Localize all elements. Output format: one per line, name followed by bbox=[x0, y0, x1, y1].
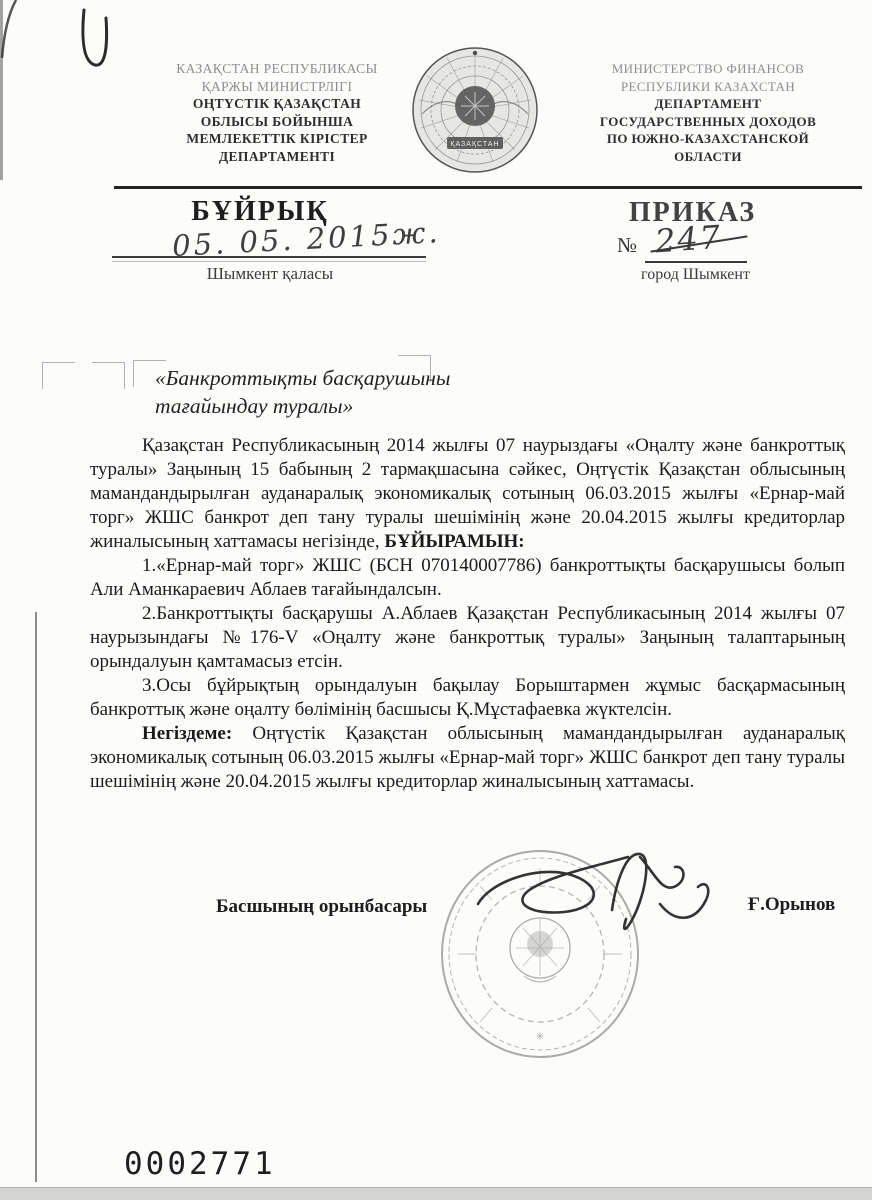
number-sign: № bbox=[617, 233, 637, 258]
org-line: ОҢТҮСТІК ҚАЗАҚСТАН bbox=[122, 95, 432, 113]
number-underline bbox=[645, 261, 747, 263]
order-subject: «Банкроттықты басқарушыны тағайындау тур… bbox=[155, 364, 575, 420]
city-label-kazakh: Шымкент қаласы bbox=[120, 264, 420, 284]
org-line: ДЕПАРТАМЕНТІ bbox=[122, 148, 432, 166]
paperclip-mark bbox=[74, 6, 118, 78]
org-line: МЕМЛЕКЕТТІК КІРІСТЕР bbox=[122, 130, 432, 148]
registration-mark bbox=[42, 362, 75, 389]
svg-text:ҚАЗАҚСТАН: ҚАЗАҚСТАН bbox=[450, 141, 499, 148]
date-underline bbox=[112, 256, 426, 258]
body-paragraph: Негіздеме: Оңтүстік Қазақстан облысының … bbox=[90, 722, 845, 794]
subject-line: «Банкроттықты басқарушыны bbox=[155, 364, 575, 392]
handwritten-order-number: 247 bbox=[654, 218, 724, 261]
handwritten-signature bbox=[462, 840, 732, 950]
page-edge-shadow-line bbox=[35, 612, 37, 1182]
org-line: КАЗАҚСТАН РЕСПУБЛИКАСЫ bbox=[122, 60, 432, 78]
org-line: ПО ЮЖНО-КАЗАХСТАНСКОЙ bbox=[552, 130, 864, 148]
subject-line: тағайындау туралы» bbox=[155, 392, 575, 420]
org-name-kazakh: КАЗАҚСТАН РЕСПУБЛИКАСЫ ҚАРЖЫ МИНИСТРЛІГІ… bbox=[122, 60, 432, 165]
order-body: Қазақстан Республикасының 2014 жылғы 07 … bbox=[90, 434, 845, 794]
page-corner-fold-mark bbox=[0, 0, 30, 80]
org-line: ДЕПАРТАМЕНТ bbox=[552, 95, 864, 113]
body-paragraph: 2.Банкроттықты басқарушы А.Аблаев Қазақс… bbox=[90, 602, 845, 674]
org-line: ОБЛЫСЫ БОЙЫНША bbox=[122, 113, 432, 131]
date-underline-shadow bbox=[112, 261, 426, 262]
signatory-name: Ғ.Орынов bbox=[748, 894, 835, 916]
org-line: ГОСУДАРСТВЕННЫХ ДОХОДОВ bbox=[552, 113, 864, 131]
signatory-position: Басшының орынбасары bbox=[216, 896, 427, 918]
registration-mark bbox=[92, 362, 125, 389]
form-number: 0002771 bbox=[124, 1146, 276, 1182]
org-name-russian: МИНИСТЕРСТВО ФИНАНСОВ РЕСПУБЛИКИ КАЗАХСТ… bbox=[552, 60, 864, 165]
org-line: ОБЛАСТИ bbox=[552, 148, 864, 166]
body-paragraph: Қазақстан Республикасының 2014 жылғы 07 … bbox=[90, 434, 845, 554]
org-line: РЕСПУБЛИКИ КАЗАХСТАН bbox=[552, 78, 864, 96]
kazakhstan-state-emblem: ҚАЗАҚСТАН bbox=[408, 44, 542, 178]
body-paragraph: 1.«Ернар-май торг» ЖШС (БСН 070140007786… bbox=[90, 554, 845, 602]
city-label-russian: город Шымкент bbox=[608, 266, 783, 284]
header-divider-rule bbox=[114, 186, 862, 189]
scan-bottom-edge bbox=[0, 1187, 872, 1200]
svg-text:✳: ✳ bbox=[535, 1030, 544, 1043]
org-line: ҚАРЖЫ МИНИСТРЛІГІ bbox=[122, 78, 432, 96]
org-line: МИНИСТЕРСТВО ФИНАНСОВ bbox=[552, 60, 864, 78]
body-paragraph: 3.Осы бұйрықтың орындалуын бақылау Борыш… bbox=[90, 674, 845, 722]
